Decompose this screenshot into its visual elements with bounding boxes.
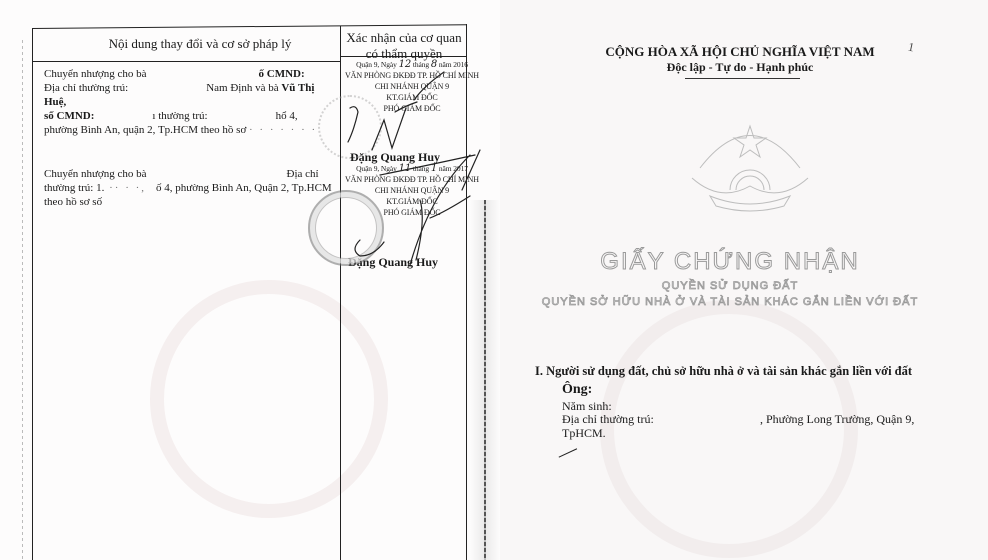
section-heading: I. Người sử dụng đất, chủ sở hữu nhà ở v… xyxy=(535,364,912,379)
header-line: Xác nhận của cơ quan xyxy=(342,30,466,46)
month-label: tháng xyxy=(413,60,429,69)
certificate-subtitle: QUYỀN SỞ HỮU NHÀ Ở VÀ TÀI SẢN KHÁC GẮN L… xyxy=(520,296,940,308)
entry-text: số CMND: xyxy=(44,110,94,122)
month-label: tháng xyxy=(413,164,429,173)
entry-line: Chuyển nhượng cho bàĐịa chỉ xyxy=(44,167,339,181)
entry-line: theo hồ sơ số xyxy=(44,195,339,209)
entry-text: ố 4, phường Bình An, Quận 2, Tp.HCM xyxy=(156,182,332,194)
approval-date: Quận 9, Ngày 11 tháng 1 năm 2017 xyxy=(342,163,482,174)
date-prefix: Quận 9, Ngày xyxy=(356,164,397,173)
change-entry: Chuyển nhượng cho bàĐịa chỉ thường trú: … xyxy=(44,167,339,209)
certificate-subtitle: QUYỀN SỬ DỤNG ĐẤT xyxy=(520,280,940,292)
column-header-changes: Nội dung thay đổi và cơ sở pháp lý xyxy=(60,36,340,52)
approval-office: VĂN PHÒNG ĐKĐĐ TP. HỒ CHÍ MINH xyxy=(342,70,482,81)
entry-line: số CMND:ı thường trú:hổ 4, xyxy=(44,109,339,123)
table-header-rule xyxy=(32,61,341,62)
address-value: , Phường Long Trường, Quận 9, xyxy=(760,412,914,427)
handwritten-day: 12 xyxy=(399,59,412,70)
table-border-left xyxy=(32,29,33,560)
redaction: · · · · · · · xyxy=(249,124,317,136)
background-watermark xyxy=(600,300,858,558)
entry-text: thường trú: 1. xyxy=(44,182,104,194)
birth-year-label: Năm sinh: xyxy=(562,399,612,413)
handwritten-month: 1 xyxy=(431,163,437,174)
entry-text: Chuyển nhượng cho bà xyxy=(44,68,147,80)
approval-date: Quận 9, Ngày 12 tháng 8 năm 2016 xyxy=(342,59,482,70)
national-emblem-icon xyxy=(680,108,820,218)
address-city: TpHCM. xyxy=(562,426,606,440)
year-label: năm 2017 xyxy=(439,164,468,173)
year-label: năm 2016 xyxy=(439,60,468,69)
nation-motto: Độc lập - Tự do - Hạnh phúc xyxy=(560,60,920,75)
date-prefix: Quận 9, Ngày xyxy=(356,60,397,69)
entry-line: Địa chỉ thường trú:Nam Định và bà Vũ Thị… xyxy=(44,81,339,109)
owner-label: Ông: xyxy=(562,382,592,398)
certificate-title: GIẤY CHỨNG NHẬN xyxy=(520,248,940,276)
entry-text: theo hồ sơ số xyxy=(44,196,102,208)
entry-text: phường Bình An, quận 2, Tp.HCM theo hồ s… xyxy=(44,124,246,136)
change-entry: Chuyển nhượng cho bàố CMND: Địa chỉ thườ… xyxy=(44,67,339,137)
entry-text: ı thường trú: xyxy=(152,110,207,122)
entry-text: Địa chỉ thường trú: xyxy=(44,82,128,94)
background-watermark xyxy=(150,280,388,518)
handwritten-month: 8 xyxy=(431,59,437,70)
scan-artifact-line xyxy=(22,40,23,560)
approval-branch: CHI NHÁNH QUẬN 9 xyxy=(342,81,482,92)
handwritten-day: 11 xyxy=(399,163,412,174)
official-seal-icon xyxy=(318,95,382,159)
entry-line: phường Bình An, quận 2, Tp.HCM theo hồ s… xyxy=(44,123,339,137)
entry-text: Địa chỉ xyxy=(287,168,319,180)
entry-text: ố CMND: xyxy=(259,68,305,80)
page-fold xyxy=(484,200,486,560)
column-header-approval: Xác nhận của cơ quan có thẩm quyền xyxy=(342,30,466,62)
motto-underline xyxy=(685,78,800,79)
entry-line: thường trú: 1. ·· · ·,ố 4, phường Bình A… xyxy=(44,181,339,195)
entry-line: Chuyển nhượng cho bàố CMND: xyxy=(44,67,339,81)
entry-text: hổ 4, xyxy=(276,110,298,122)
entry-text: Chuyển nhượng cho bà xyxy=(44,168,147,180)
entry-text: Nam Định và bà xyxy=(206,82,278,94)
approval-office: VĂN PHÒNG ĐKĐĐ TP. HỒ CHÍ MINH xyxy=(342,174,482,185)
redaction: ·· · ·, xyxy=(104,182,146,194)
nation-title: CỘNG HÒA XÃ HỘI CHỦ NGHĨA VIỆT NAM xyxy=(560,44,920,60)
official-seal-icon xyxy=(308,190,384,266)
